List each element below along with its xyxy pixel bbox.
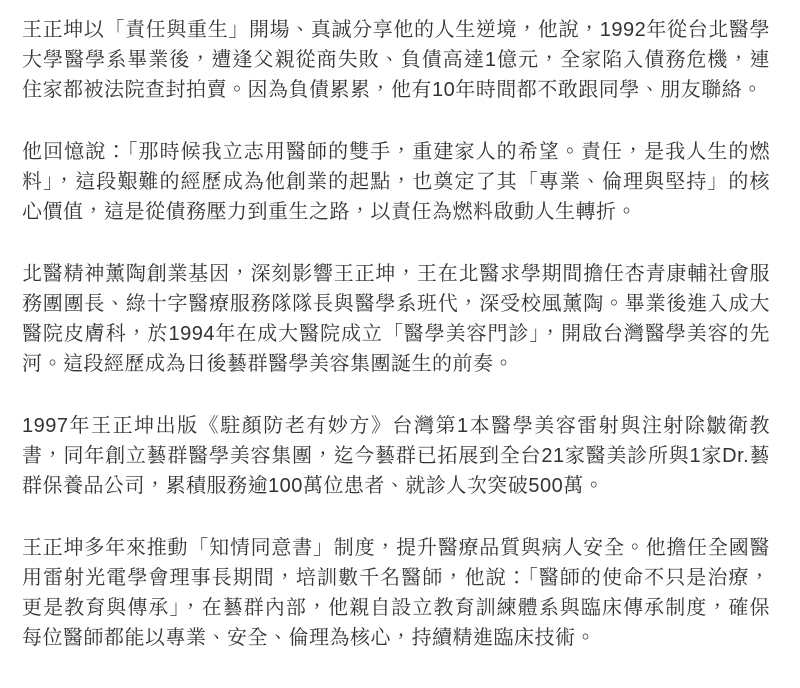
article-paragraph-4: 1997年王正坤出版《駐顏防老有妙方》台灣第1本醫學美容雷射與注射除皺衛教書，同… [22,411,770,501]
article-paragraph-3: 北醫精神薰陶創業基因，深刻影響王正坤，王在北醫求學期間擔任杏青康輔社會服務團團長… [22,259,770,379]
article-paragraph-2: 他回憶說：「那時候我立志用醫師的雙手，重建家人的希望。責任，是我人生的燃料」，這… [22,137,770,227]
article-paragraph-5: 王正坤多年來推動「知情同意書」制度，提升醫療品質與病人安全。他擔任全國醫用雷射光… [22,533,770,653]
article-paragraph-1: 王正坤以「責任與重生」開場、真誠分享他的人生逆境，他說，1992年從台北醫學大學… [22,15,770,105]
article-body: 王正坤以「責任與重生」開場、真誠分享他的人生逆境，他說，1992年從台北醫學大學… [0,0,800,653]
